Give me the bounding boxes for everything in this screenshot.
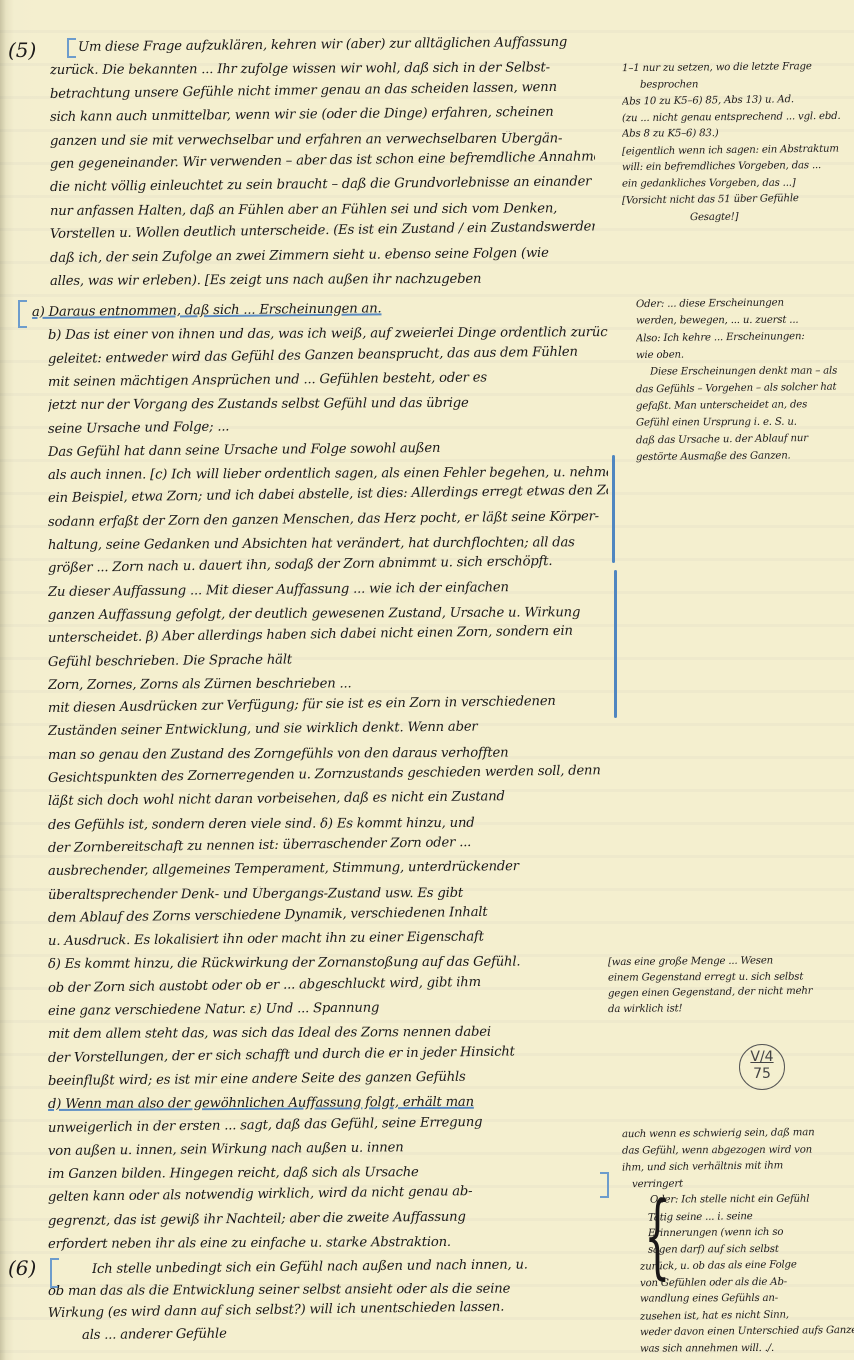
blue-bracket-open [18,300,27,328]
manuscript-line: man so genau den Zustand des Zorngefühls… [48,745,608,763]
section-number-5: (5) [8,38,36,62]
manuscript-line: haltung, seine Gedanken und Absichten ha… [48,535,608,553]
manuscript-line: ganzen und sie mit verwechselbar und erf… [50,131,595,149]
manuscript-line: überaltsprechender Denk- und Übergangs-Z… [48,885,608,903]
manuscript-line: Zorn, Zornes, Zorns als Zürnen beschrieb… [48,675,608,693]
margin-note-line: Oder: Ich stelle nicht ein Gefühl [650,1193,854,1205]
archive-stamp-bottom: 75 [740,1066,784,1083]
margin-note-line: [was eine große Menge ... Wesen [608,955,823,968]
manuscript-line: nur anfassen Halten, daß an Fühlen aber … [50,201,595,219]
blue-bracket-open [67,38,76,58]
margin-note-line: Diese Erscheinungen denkt man – als [650,365,854,377]
archive-stamp-top: V/4 [740,1049,784,1066]
manuscript-line: als auch innen. [c) Ich will lieber orde… [48,465,608,483]
margin-note-line: einem Gegenstand erregt u. sich selbst [608,971,823,983]
margin-note-line: Abs 8 zu K5–6) 83.) [622,127,847,139]
margin-note-line: auch wenn es schwierig sein, daß man [622,1127,847,1140]
archive-stamp: V/4 75 [739,1044,785,1090]
margin-note-line: wie oben. [636,348,841,361]
curly-brace: { [644,1190,670,1282]
blue-pencil-margin-bar [612,455,615,563]
blue-bracket-close [600,1172,609,1198]
margin-note-line: von Gefühlen oder als die Ab- [640,1275,854,1288]
margin-note-line: Erinnerungen (wenn ich so [648,1226,854,1239]
manuscript-line: erfordert neben ihr als eine zu einfache… [48,1234,608,1252]
margin-note-line: 1–1 nur zu setzen, wo die letzte Frage [622,61,847,74]
margin-note-line: was sich annehmen will. ./. [640,1342,854,1354]
margin-note-line: gestörte Ausmaße des Ganzen. [636,450,841,463]
margin-note-line: gefaßt. Man unterscheidet an, des [636,399,841,412]
manuscript-line: im Ganzen bilden. Hingegen reicht, daß s… [48,1164,608,1182]
manuscript-line: des Gefühls ist, sondern deren viele sin… [48,815,608,833]
manuscript-line: ob man das als die Entwicklung seiner se… [48,1281,608,1299]
manuscript-line: d) Wenn man also der gewöhnlichen Auffas… [48,1094,608,1112]
margin-note-line: das Gefühl, wenn abgezogen wird von [622,1144,847,1156]
margin-note-line: Gefühl einen Ursprung i. e. S. u. [636,416,841,428]
margin-note-line: wandlung eines Gefühls an- [640,1292,854,1304]
margin-note-line: (zu ... nicht genau entsprechend ... vgl… [622,110,847,123]
margin-note-line: werden, bewegen, ... u. zuerst ... [636,314,841,326]
manuscript-line: jetzt nur der Vorgang des Zustands selbs… [48,395,608,413]
margin-note-line: ein gedankliches Vorgeben, das ...] [622,177,847,189]
margin-note-line: Oder: ... diese Erscheinungen [636,297,841,310]
margin-note-line: Gesagte!] [690,209,854,222]
margin-note-line: weder davon einen Unterschied aufs Ganze… [640,1325,854,1338]
blue-pencil-margin-bar [614,570,617,718]
margin-note-line: besprochen [640,78,854,90]
margin-note-line: will: ein befremdliches Vorgeben, das ..… [622,160,847,173]
section-number-6: (6) [8,1256,36,1280]
margin-note-line: sagen darf) auf sich selbst [648,1243,854,1255]
margin-note-line: da wirklich ist! [608,1001,823,1014]
manuscript-line: alles, was wir erleben). [Es zeigt uns n… [50,271,595,289]
manuscript-line: ganzen Auffassung gefolgt, der deutlich … [48,605,608,623]
